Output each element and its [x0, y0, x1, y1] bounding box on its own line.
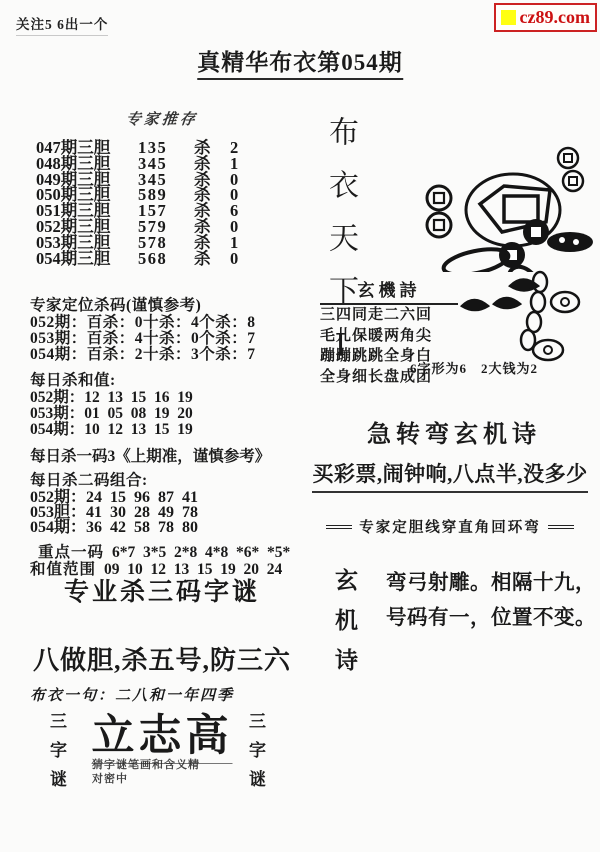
three-char-note-line2: 对密中	[92, 772, 200, 786]
kill-digit-cell: 0	[230, 251, 254, 267]
xuanji-poem-line: 毛儿保暖两角尖	[320, 326, 458, 347]
xuanji-verse-line: 弯弓射雕。相隔十九，	[386, 566, 596, 601]
page-title: 真精华布衣第054期	[197, 44, 403, 80]
table-row: 054期三胆 568 杀 0	[36, 251, 294, 267]
position-kill-section: 专家定位杀码(谨慎参考) 052期：百杀：0十杀：4个杀：8 053期：百杀：4…	[30, 293, 294, 363]
position-kill-row: 054期：百杀：2十杀：3个杀：7	[30, 347, 294, 363]
position-kill-row: 052期：百杀：0十杀：4个杀：8	[30, 315, 294, 331]
coin-figure-caption: 6字形为6 2大钱为2	[410, 358, 538, 377]
riddle-main-line: 八做胆,杀五号,防三六	[24, 640, 300, 677]
xuanji-vertical-label: 玄机诗	[328, 568, 361, 688]
sharp-turn-line-wrap: 买彩票,闹钟响,八点半,没多少	[300, 458, 600, 493]
daily-sum-kill-section: 每日杀和值: 052期：12 13 15 16 19 053期：01 05 08…	[30, 368, 294, 437]
daily-two-combo-heading: 每日杀二码组合:	[30, 468, 294, 490]
expert-divider: 专家定胆线穿直角回环弯	[305, 516, 595, 537]
site-logo: cz89.com	[494, 3, 597, 32]
three-char-note: 猜字谜笔画和含义精 对密中	[92, 758, 200, 786]
position-kill-row: 053期：百杀：4十杀：0个杀：7	[30, 331, 294, 347]
period-cell: 054期三胆	[36, 251, 138, 267]
sharp-turn-line: 买彩票,闹钟响,八点半,没多少	[312, 458, 587, 493]
three-char-riddle-block: 三字谜 立志高 三字谜 猜字谜笔画和含义精 对密中	[30, 702, 294, 822]
expert-recommend-heading: 专家推存	[29, 108, 295, 129]
position-kill-heading: 专家定位杀码(谨慎参考)	[30, 293, 294, 315]
daily-two-combo-row: 054期：36 42 58 78 80	[30, 520, 294, 535]
daily-two-combo-section: 每日杀二码组合: 052期：24 15 96 87 41 053胆：41 30 …	[30, 468, 294, 536]
xuanji-verse: 弯弓射雕。相隔十九， 号码有一，位置不变。	[386, 566, 596, 636]
value-cell: 568	[138, 251, 194, 267]
left-column: 专家推存 047期三胆 135 杀 2 048期三胆 345 杀 1 049期三…	[30, 108, 294, 577]
three-code-riddle-title: 专业杀三码字谜	[30, 572, 294, 608]
divider-line-icon	[548, 525, 574, 529]
three-char-answer: 立志高	[92, 702, 233, 764]
divider-text: 专家定胆线穿直角回环弯	[359, 516, 541, 537]
daily-one-kill-note: 每日杀一码3《上期准，谨慎参考》	[30, 444, 294, 466]
sharp-turn-heading: 急转弯玄机诗	[308, 414, 600, 449]
key-one-code-row: 重点一码 6*7 3*5 2*8 4*8 *6* *5*	[30, 545, 294, 561]
three-char-label-left: 三字谜	[44, 712, 69, 799]
three-char-note-line1: 猜字谜笔画和含义精	[92, 758, 200, 772]
xuanji-poem-line: 三四同走二六回	[320, 305, 458, 326]
coins-illustration-main	[418, 134, 596, 272]
daily-sum-kill-heading: 每日杀和值:	[30, 368, 294, 390]
key-one-code-value: 6*7 3*5 2*8 4*8 *6* *5*	[112, 545, 290, 561]
divider-line-icon	[326, 525, 352, 529]
watch-note: 关注5 6出一个	[16, 13, 108, 36]
daily-two-combo-row: 053胆：41 30 28 49 78	[30, 505, 294, 520]
logo-yellow-square-icon	[501, 10, 516, 25]
key-one-code-label: 重点一码	[38, 545, 104, 561]
coins-illustration-seven-shape	[452, 266, 592, 362]
three-char-label-right: 三字谜	[243, 712, 268, 799]
expert-history-table: 047期三胆 135 杀 2 048期三胆 345 杀 1 049期三胆 345…	[30, 140, 294, 266]
kill-word-cell: 杀	[194, 251, 230, 267]
daily-sum-kill-row: 052期：12 13 15 16 19	[30, 390, 294, 406]
xuanji-poem-heading: 玄機詩	[320, 276, 458, 305]
daily-sum-kill-row: 053期：01 05 08 19 20	[30, 406, 294, 422]
daily-sum-kill-row: 054期：10 12 13 15 19	[30, 422, 294, 438]
site-logo-text: cz89.com	[520, 7, 590, 28]
daily-two-combo-row: 052期：24 15 96 87 41	[30, 490, 294, 505]
xuanji-verse-line: 号码有一，位置不变。	[386, 601, 596, 636]
